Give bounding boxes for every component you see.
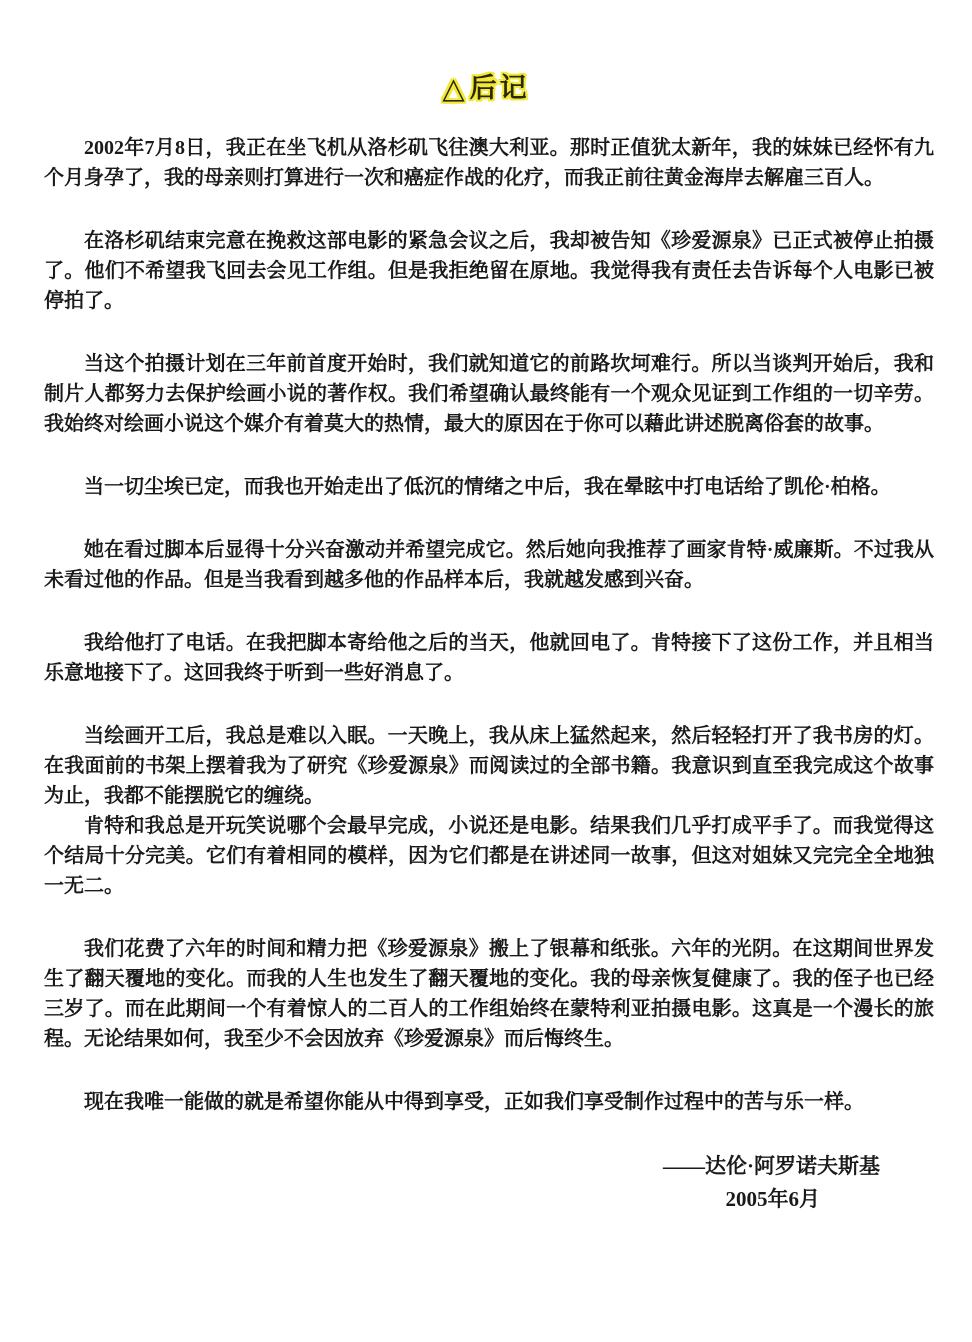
paragraph: 2002年7月8日，我正在坐飞机从洛杉矶飞往澳大利亚。那时正值犹太新年，我的妹妹… <box>44 133 934 193</box>
paragraph: 我给他打了电话。在我把脚本寄给他之后的当天，他就回电了。肯特接下了这份工作，并且… <box>44 628 934 688</box>
signature-date: 2005年6月 <box>0 1183 972 1216</box>
document-page: △后记 2002年7月8日，我正在坐飞机从洛杉矶飞往澳大利亚。那时正值犹太新年，… <box>0 0 972 1342</box>
paragraph: 在洛杉矶结束完意在挽救这部电影的紧急会议之后，我却被告知《珍爱源泉》已正式被停止… <box>44 226 934 316</box>
paragraph: 当一切尘埃已定，而我也开始走出了低沉的情绪之中后，我在晕眩中打电话给了凯伦·柏格… <box>44 472 934 502</box>
paragraph: 现在我唯一能做的就是希望你能从中得到享受，正如我们享受制作过程中的苦与乐一样。 <box>44 1087 934 1117</box>
paragraph: 我们花费了六年的时间和精力把《珍爱源泉》搬上了银幕和纸张。六年的光阴。在这期间世… <box>44 934 934 1054</box>
paragraph: 当这个拍摄计划在三年前首度开始时，我们就知道它的前路坎坷难行。所以当谈判开始后，… <box>44 349 934 439</box>
afterword-body: 2002年7月8日，我正在坐飞机从洛杉矶飞往澳大利亚。那时正值犹太新年，我的妹妹… <box>44 133 934 1117</box>
page-title: △后记 <box>0 0 972 106</box>
paragraph: 肯特和我总是开玩笑说哪个会最早完成，小说还是电影。结果我们几乎打成平手了。而我觉… <box>44 811 934 901</box>
paragraph: 当绘画开工后，我总是难以入眠。一天晚上，我从床上猛然起来，然后轻轻打开了我书房的… <box>44 721 934 811</box>
signature-block: ——达伦·阿罗诺夫斯基 2005年6月 <box>0 1150 972 1216</box>
page-title-text: 后记 <box>470 73 530 103</box>
author-signature: ——达伦·阿罗诺夫斯基 <box>0 1150 972 1183</box>
triangle-icon: △ <box>442 73 467 105</box>
paragraph: 她在看过脚本后显得十分兴奋激动并希望完成它。然后她向我推荐了画家肯特·威廉斯。不… <box>44 535 934 595</box>
